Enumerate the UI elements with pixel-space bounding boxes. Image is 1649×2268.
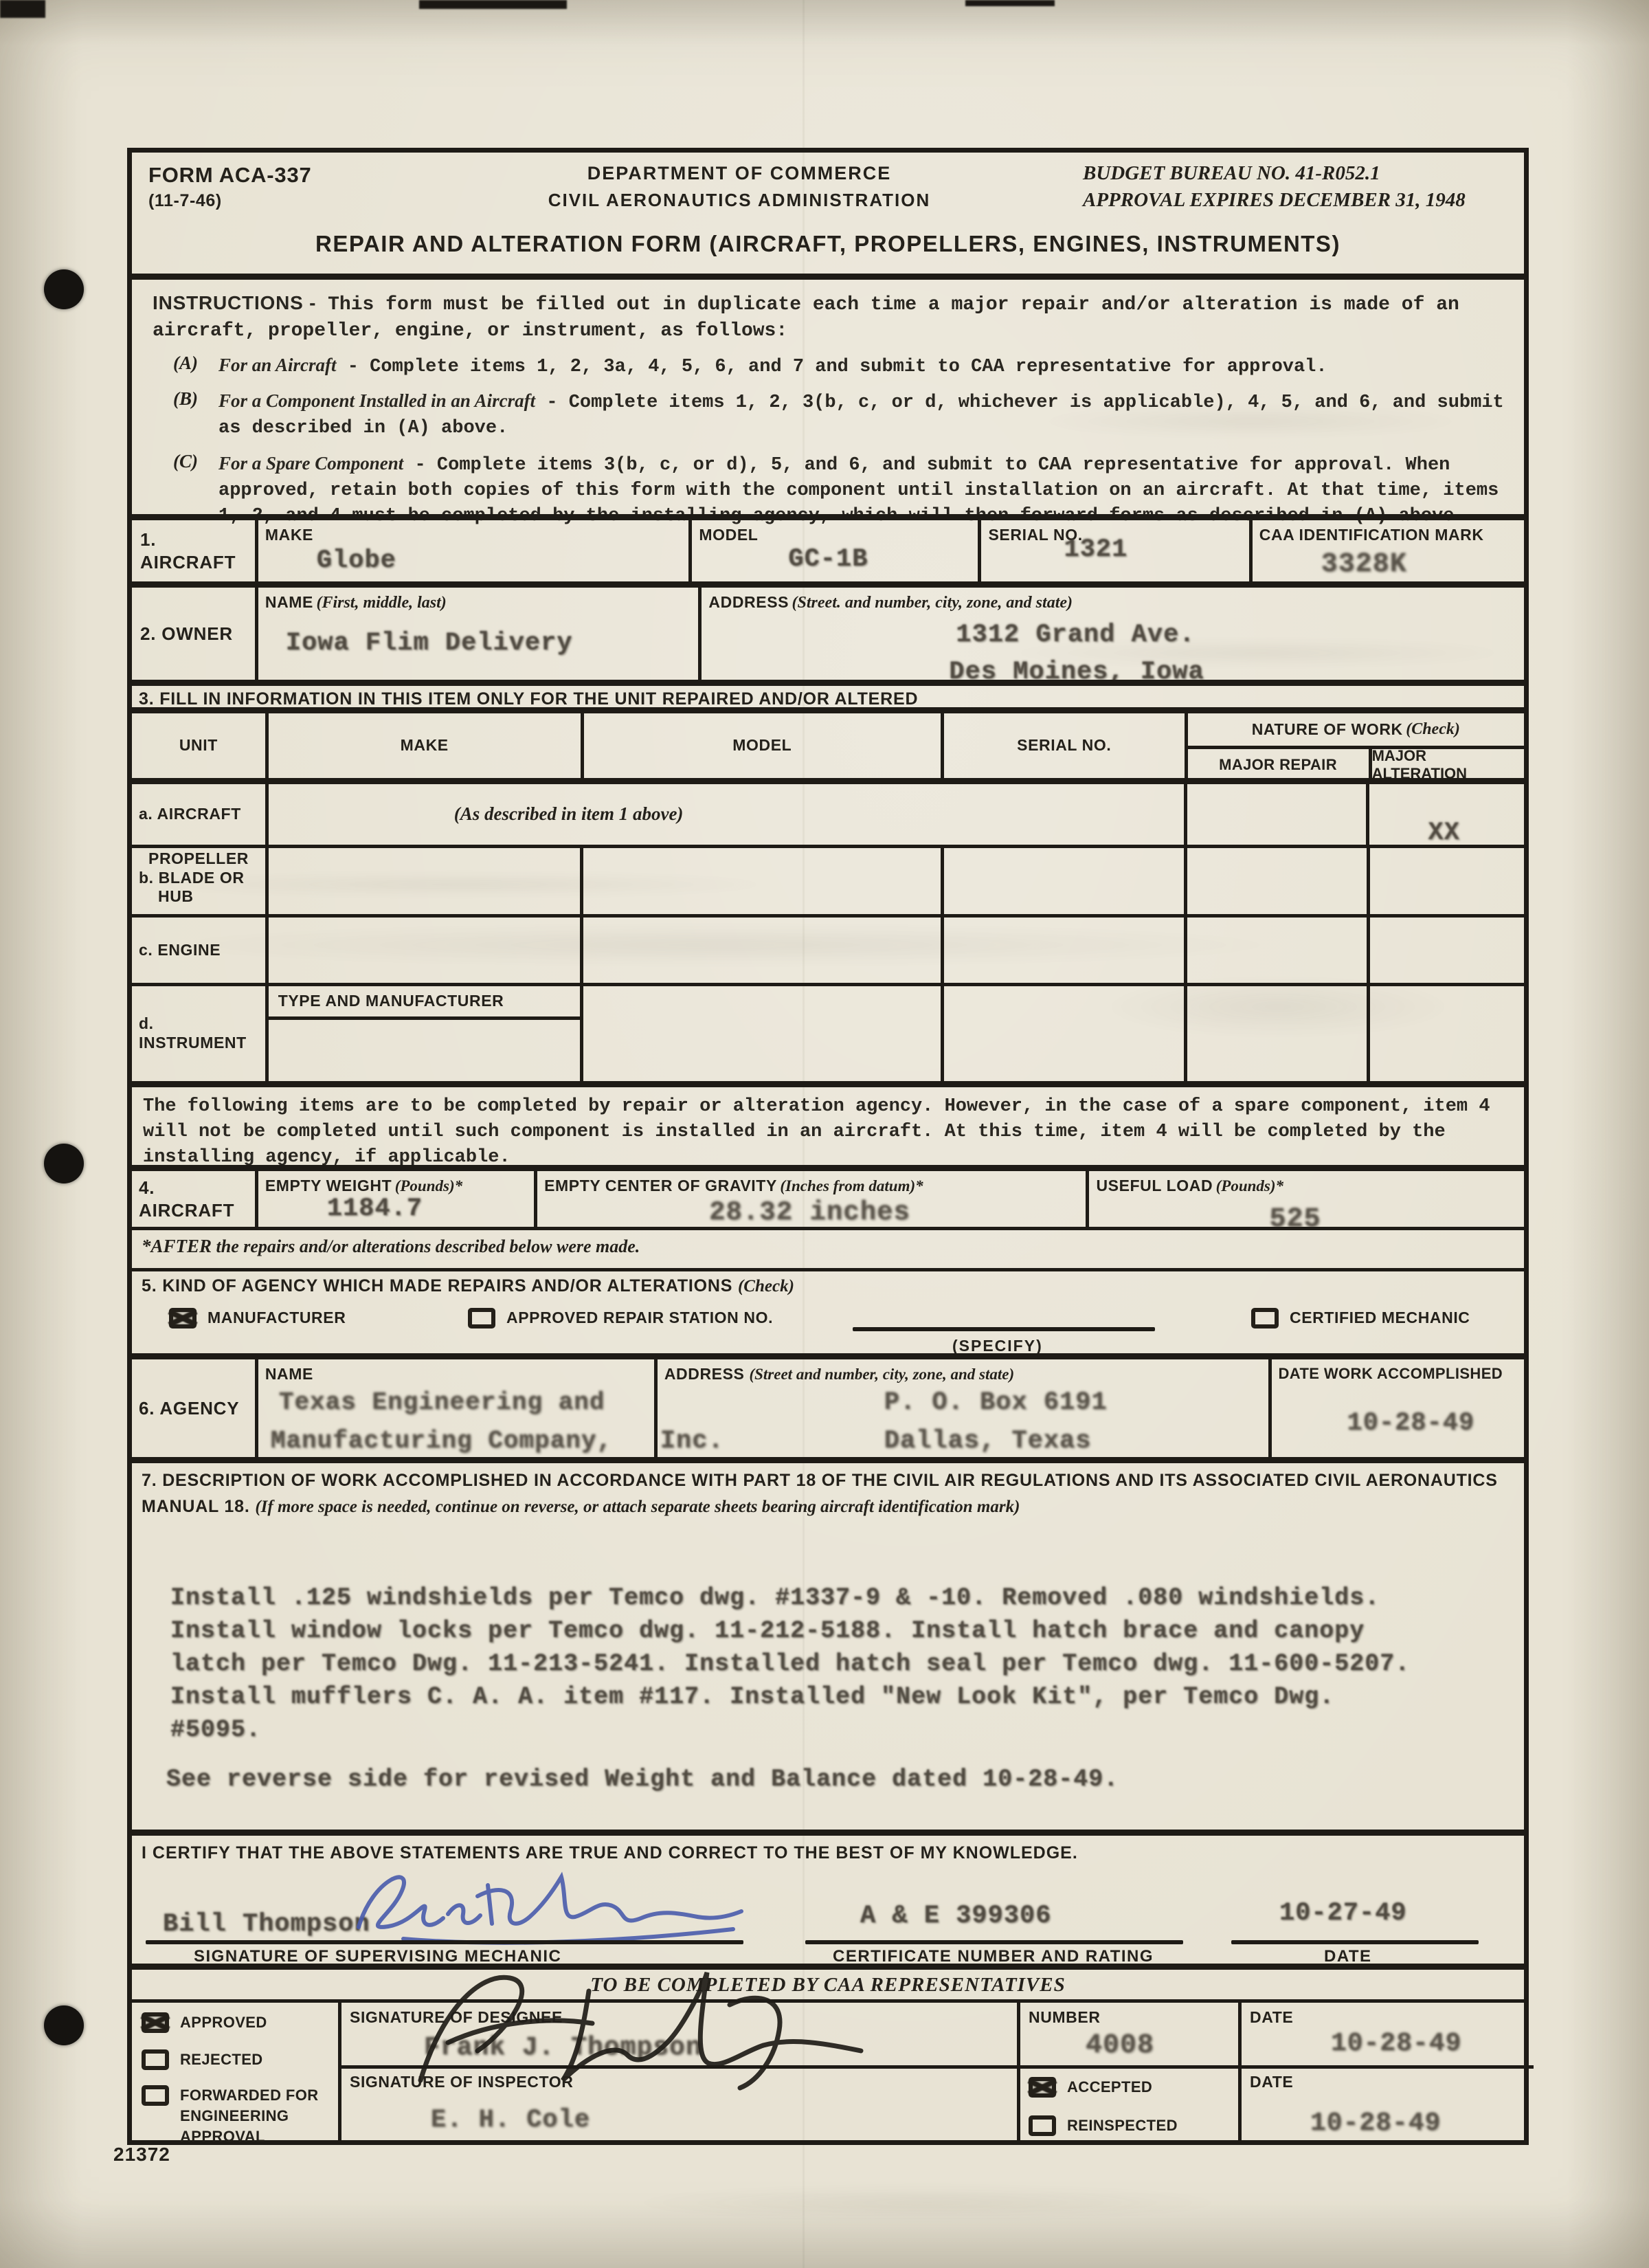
item2-owner-row: 2. OWNER NAME (First, middle, last) Iowa… bbox=[132, 581, 1524, 680]
row-a-major-repair-cell bbox=[1184, 784, 1366, 845]
footnote-lead: *AFTER bbox=[142, 1236, 212, 1256]
agency-address-cell: ADDRESS (Street and number, city, zone, … bbox=[654, 1359, 1268, 1457]
certification-date-line bbox=[1231, 1940, 1479, 1944]
accepted-label: ACCEPTED bbox=[1067, 2078, 1152, 2096]
caa-mark-label: CAA IDENTIFICATION MARK bbox=[1259, 526, 1517, 545]
agency-address-line2: Dallas, Texas bbox=[884, 1427, 1092, 1456]
description-line: Install mufflers C. A. A. item #117. Ins… bbox=[170, 1680, 1410, 1713]
cg-cell: EMPTY CENTER OF GRAVITY (Inches from dat… bbox=[534, 1171, 1086, 1227]
note-between-section: The following items are to be completed … bbox=[132, 1081, 1524, 1165]
form-title: REPAIR AND ALTERATION FORM (AIRCRAFT, PR… bbox=[148, 230, 1507, 258]
mechanic-signature-line bbox=[146, 1940, 743, 1944]
owner-address-label-detail: (Street. and number, city, zone, and sta… bbox=[792, 594, 1073, 612]
date-work-value: 10-28-49 bbox=[1347, 1409, 1475, 1438]
forwarded-option: FORWARDED FORENGINEERINGAPPROVAL bbox=[142, 2085, 338, 2147]
accepted-cell: ACCEPTED REINSPECTED bbox=[1017, 2065, 1238, 2144]
row-a-note-cell: (As described in item 1 above) bbox=[265, 784, 1184, 845]
col-major-repair: MAJOR REPAIR bbox=[1219, 756, 1337, 774]
instruction-text: - Complete items 1, 2, 3a, 4, 5, 6, and … bbox=[348, 357, 1327, 377]
document-number: 21372 bbox=[113, 2143, 170, 2166]
row-a-major-alteration-mark: XX bbox=[1428, 819, 1459, 847]
row-d-unit: d. INSTRUMENT bbox=[139, 1014, 258, 1052]
date2-cell: DATE 10-28-49 bbox=[1238, 2065, 1534, 2144]
item3-caption-bar: 3. FILL IN INFORMATION IN THIS ITEM ONLY… bbox=[132, 680, 1524, 707]
form-header: FORM ACA-337 (11-7-46) DEPARTMENT OF COM… bbox=[132, 153, 1524, 274]
number-label: NUMBER bbox=[1029, 2008, 1101, 2026]
instruction-item-b: (B) For a Component Installed in an Airc… bbox=[153, 388, 1506, 441]
instruction-lead: For an Aircraft bbox=[218, 355, 337, 375]
scan-artifact bbox=[0, 0, 45, 18]
bleedthrough-smudge bbox=[618, 2186, 1237, 2220]
row-c-unit: c. ENGINE bbox=[139, 941, 221, 960]
agency-line2: CIVIL AERONAUTICS ADMINISTRATION bbox=[437, 190, 1042, 211]
footnote-row: *AFTER the repairs and/or alterations de… bbox=[132, 1227, 1524, 1268]
make-label: MAKE bbox=[265, 526, 682, 545]
useful-load-label-detail: (Pounds)* bbox=[1216, 1177, 1283, 1194]
footnote-text: the repairs and/or alterations described… bbox=[212, 1236, 640, 1256]
item5-caption: 5. KIND OF AGENCY WHICH MADE REPAIRS AND… bbox=[142, 1276, 738, 1296]
approved-label: APPROVED bbox=[180, 2014, 267, 2032]
col-make: MAKE bbox=[401, 736, 449, 755]
aca-337-form: FORM ACA-337 (11-7-46) DEPARTMENT OF COM… bbox=[127, 148, 1529, 2145]
empty-weight-cell: EMPTY WEIGHT (Pounds)* 1184.7 bbox=[255, 1171, 534, 1227]
instruction-lead: For a Component Installed in an Aircraft bbox=[218, 390, 535, 411]
agency-address-label-detail: (Street and number, city, zone, and stat… bbox=[749, 1366, 1014, 1383]
certificate-line bbox=[805, 1940, 1183, 1944]
number-cell: NUMBER 4008 bbox=[1017, 2003, 1238, 2065]
item5-caption-check: (Check) bbox=[738, 1277, 794, 1296]
certification-section: I CERTIFY THAT THE ABOVE STATEMENTS ARE … bbox=[132, 1830, 1524, 1964]
agency-address-label: ADDRESS bbox=[664, 1365, 750, 1383]
instruction-lead: For a Spare Component bbox=[218, 453, 403, 474]
reinspected-label: REINSPECTED bbox=[1067, 2117, 1178, 2135]
reinspected-checkbox bbox=[1029, 2115, 1056, 2136]
row-b-unit-line1: PROPELLER bbox=[148, 849, 258, 869]
date1-cell: DATE 10-28-49 bbox=[1238, 2003, 1534, 2065]
forwarded-checkbox bbox=[142, 2085, 169, 2106]
certified-mechanic-label: CERTIFIED MECHANIC bbox=[1290, 1309, 1470, 1328]
certificate-number-value: A & E 399306 bbox=[860, 1902, 1051, 1931]
agency-name-cell: NAME Texas Engineering and Manufacturing… bbox=[255, 1359, 654, 1457]
item3-row-aircraft: a. AIRCRAFT (As described in item 1 abov… bbox=[132, 778, 1524, 845]
date-work-label: DATE WORK ACCOMPLISHED bbox=[1279, 1365, 1517, 1383]
manufacturer-option: MANUFACTURER bbox=[169, 1308, 346, 1328]
cg-label: EMPTY CENTER OF GRAVITY bbox=[544, 1177, 777, 1194]
instructions-lead: INSTRUCTIONS - bbox=[153, 292, 316, 313]
forwarded-label-line1: FORWARDED FOR bbox=[180, 2087, 319, 2104]
model-value: GC-1B bbox=[788, 545, 868, 574]
item2-label: 2. OWNER bbox=[140, 623, 233, 645]
certified-mechanic-checkbox bbox=[1251, 1308, 1279, 1328]
repair-station-label: APPROVED REPAIR STATION NO. bbox=[506, 1309, 773, 1328]
col-nature-check: (Check) bbox=[1406, 720, 1460, 739]
col-nature: NATURE OF WORK bbox=[1252, 720, 1403, 740]
item1-caa-mark-cell: CAA IDENTIFICATION MARK 3328K bbox=[1249, 520, 1524, 581]
designee-signature-cell: SIGNATURE OF DESIGNEE Frank J. Thompson bbox=[338, 2003, 1017, 2065]
item4-label: 4. AIRCRAFT bbox=[139, 1177, 248, 1221]
number-value: 4008 bbox=[1086, 2030, 1154, 2061]
reinspected-option: REINSPECTED bbox=[1029, 2115, 1238, 2136]
caa-mark-value: 3328K bbox=[1321, 549, 1407, 580]
item1-model-cell: MODEL GC-1B bbox=[688, 520, 978, 581]
col-unit: UNIT bbox=[179, 736, 218, 755]
instructions-section: INSTRUCTIONS - This form must be filled … bbox=[132, 274, 1524, 514]
agency-name-line1: Texas Engineering and bbox=[279, 1388, 605, 1416]
form-number: FORM ACA-337 bbox=[148, 162, 437, 189]
item5-section: 5. KIND OF AGENCY WHICH MADE REPAIRS AND… bbox=[132, 1268, 1524, 1353]
item3-row-engine: c. ENGINE bbox=[132, 914, 1524, 983]
row-b-unit-line2: b. BLADE OR bbox=[139, 869, 258, 888]
empty-weight-label-detail: (Pounds)* bbox=[395, 1177, 462, 1194]
agency-address-line1: P. O. Box 6191 bbox=[884, 1388, 1108, 1417]
specify-line bbox=[853, 1327, 1155, 1331]
budget-block: BUDGET BUREAU NO. 41-R052.1 APPROVAL EXP… bbox=[1042, 162, 1507, 212]
empty-weight-value: 1184.7 bbox=[327, 1194, 423, 1223]
forwarded-label-line2: ENGINEERING bbox=[180, 2107, 289, 2124]
budget-line1: BUDGET BUREAU NO. 41-R052.1 bbox=[1083, 162, 1507, 185]
instruction-tag: (A) bbox=[173, 353, 218, 380]
description-line: #5095. bbox=[170, 1713, 1410, 1746]
owner-address-line1: 1312 Grand Ave. bbox=[956, 621, 1195, 649]
cg-value: 28.32 inches bbox=[709, 1197, 910, 1227]
scanned-form-page: FORM ACA-337 (11-7-46) DEPARTMENT OF COM… bbox=[0, 0, 1649, 2268]
col-nature-group: NATURE OF WORK (Check) MAJOR REPAIR MAJO… bbox=[1185, 713, 1524, 778]
owner-name-label: NAME bbox=[265, 593, 313, 611]
approved-checkbox bbox=[142, 2012, 169, 2033]
owner-address-label: ADDRESS bbox=[708, 593, 789, 611]
row-d-sub-label: TYPE AND MANUFACTURER bbox=[278, 992, 504, 1011]
agency-line1: DEPARTMENT OF COMMERCE bbox=[437, 162, 1042, 184]
accepted-checkbox bbox=[1029, 2077, 1056, 2098]
caa-table: APPROVED REJECTED FORWARDED FORENGINEERI… bbox=[132, 1999, 1524, 2140]
budget-line2: APPROVAL EXPIRES DECEMBER 31, 1948 bbox=[1083, 189, 1507, 212]
work-description: Install .125 windshields per Temco dwg. … bbox=[170, 1581, 1410, 1746]
form-revision: (11-7-46) bbox=[148, 190, 437, 211]
date2-value: 10-28-49 bbox=[1310, 2109, 1441, 2138]
item3-caption: 3. FILL IN INFORMATION IN THIS ITEM ONLY… bbox=[139, 689, 918, 709]
item7-section: 7. DESCRIPTION OF WORK ACCOMPLISHED IN A… bbox=[132, 1457, 1524, 1830]
item3-row-instrument: d. INSTRUMENT TYPE AND MANUFACTURER bbox=[132, 983, 1524, 1081]
description-line: latch per Temco Dwg. 11-213-5241. Instal… bbox=[170, 1647, 1410, 1680]
instruction-item-a: (A) For an Aircraft - Complete items 1, … bbox=[153, 353, 1506, 380]
forwarded-label-line3: APPROVAL bbox=[180, 2128, 265, 2145]
item1-label: 1. AIRCRAFT bbox=[140, 529, 248, 573]
instructions-intro: This form must be filled out in duplicat… bbox=[153, 294, 1459, 342]
repair-station-option: APPROVED REPAIR STATION NO. bbox=[468, 1308, 773, 1328]
item1-aircraft-row: 1. AIRCRAFT MAKE Globe MODEL GC-1B SERIA… bbox=[132, 514, 1524, 581]
col-model: MODEL bbox=[732, 736, 792, 755]
repair-station-checkbox bbox=[468, 1308, 495, 1328]
punch-hole bbox=[44, 1144, 84, 1183]
useful-load-cell: USEFUL LOAD (Pounds)* 525 bbox=[1086, 1171, 1524, 1227]
approved-option: APPROVED bbox=[142, 2012, 338, 2033]
manufacturer-label: MANUFACTURER bbox=[207, 1309, 346, 1328]
owner-name-value: Iowa Flim Delivery bbox=[286, 629, 573, 658]
make-value: Globe bbox=[317, 546, 396, 575]
instruction-tag: (B) bbox=[173, 388, 218, 441]
rejected-option: REJECTED bbox=[142, 2049, 338, 2070]
supervising-mechanic-signature bbox=[321, 1855, 754, 1944]
useful-load-label: USEFUL LOAD bbox=[1096, 1177, 1213, 1194]
owner-address-cell: ADDRESS (Street. and number, city, zone,… bbox=[698, 588, 1524, 680]
date2-label: DATE bbox=[1250, 2073, 1293, 2091]
see-reverse-note: See reverse side for revised Weight and … bbox=[166, 1766, 1119, 1793]
note-between-text: The following items are to be completed … bbox=[143, 1094, 1507, 1170]
item6-agency-row: 6. AGENCY NAME Texas Engineering and Man… bbox=[132, 1353, 1524, 1457]
owner-name-cell: NAME (First, middle, last) Iowa Flim Del… bbox=[255, 588, 699, 680]
punch-hole bbox=[44, 2005, 84, 2045]
col-serial: SERIAL NO. bbox=[1017, 736, 1111, 755]
item1-serial-cell: SERIAL NO. 1321 bbox=[978, 520, 1248, 581]
punch-hole bbox=[44, 269, 84, 309]
rejected-checkbox bbox=[142, 2049, 169, 2070]
certification-date-value: 10-27-49 bbox=[1279, 1899, 1407, 1928]
caa-decision-cell: APPROVED REJECTED FORWARDED FORENGINEERI… bbox=[132, 2003, 338, 2144]
row-a-note: (As described in item 1 above) bbox=[454, 803, 684, 825]
row-a-major-alteration-cell: XX bbox=[1366, 784, 1524, 845]
date1-label: DATE bbox=[1250, 2008, 1293, 2026]
scan-artifact bbox=[419, 0, 567, 9]
rejected-label: REJECTED bbox=[180, 2051, 263, 2069]
description-line: Install .125 windshields per Temco dwg. … bbox=[170, 1581, 1410, 1614]
agency-name-label: NAME bbox=[265, 1365, 647, 1384]
item6-label: 6. AGENCY bbox=[139, 1397, 239, 1420]
item1-make-cell: MAKE Globe bbox=[255, 520, 689, 581]
item3-row-propeller: PROPELLER b. BLADE OR HUB bbox=[132, 845, 1524, 914]
item4-aircraft-row: 4. AIRCRAFT EMPTY WEIGHT (Pounds)* 1184.… bbox=[132, 1165, 1524, 1227]
row-a-unit: a. AIRCRAFT bbox=[139, 805, 241, 824]
agency-block: DEPARTMENT OF COMMERCE CIVIL AERONAUTICS… bbox=[437, 162, 1042, 212]
empty-weight-label: EMPTY WEIGHT bbox=[265, 1177, 392, 1194]
item7-caption-detail: (If more space is needed, continue on re… bbox=[255, 1498, 1020, 1516]
agency-name-suffix: Inc. bbox=[660, 1427, 724, 1456]
owner-name-label-detail: (First, middle, last) bbox=[316, 594, 446, 612]
row-b-unit-line3: HUB bbox=[158, 887, 258, 907]
inspector-name: E. H. Cole bbox=[431, 2106, 590, 2135]
manufacturer-checkbox bbox=[169, 1308, 197, 1328]
model-label: MODEL bbox=[699, 526, 971, 545]
serial-value: 1321 bbox=[1064, 535, 1128, 564]
inspector-label: SIGNATURE OF INSPECTOR bbox=[350, 2073, 573, 2091]
row-d-make-cell: TYPE AND MANUFACTURER bbox=[265, 986, 581, 1081]
certified-mechanic-option: CERTIFIED MECHANIC bbox=[1251, 1308, 1470, 1328]
cg-label-detail: (Inches from datum)* bbox=[780, 1177, 923, 1194]
form-number-block: FORM ACA-337 (11-7-46) bbox=[148, 162, 437, 212]
description-line: Install window locks per Temco dwg. 11-2… bbox=[170, 1614, 1410, 1647]
date1-value: 10-28-49 bbox=[1331, 2029, 1461, 2058]
date-work-cell: DATE WORK ACCOMPLISHED 10-28-49 bbox=[1268, 1359, 1524, 1457]
inspector-signature-cell: SIGNATURE OF INSPECTOR E. H. Cole bbox=[338, 2065, 1017, 2144]
agency-name-line2: Manufacturing Company, bbox=[271, 1427, 612, 1455]
scan-artifact bbox=[965, 0, 1055, 6]
accepted-option: ACCEPTED bbox=[1029, 2077, 1238, 2098]
item3-table-header: UNIT MAKE MODEL SERIAL NO. NATURE OF WOR… bbox=[132, 707, 1524, 778]
